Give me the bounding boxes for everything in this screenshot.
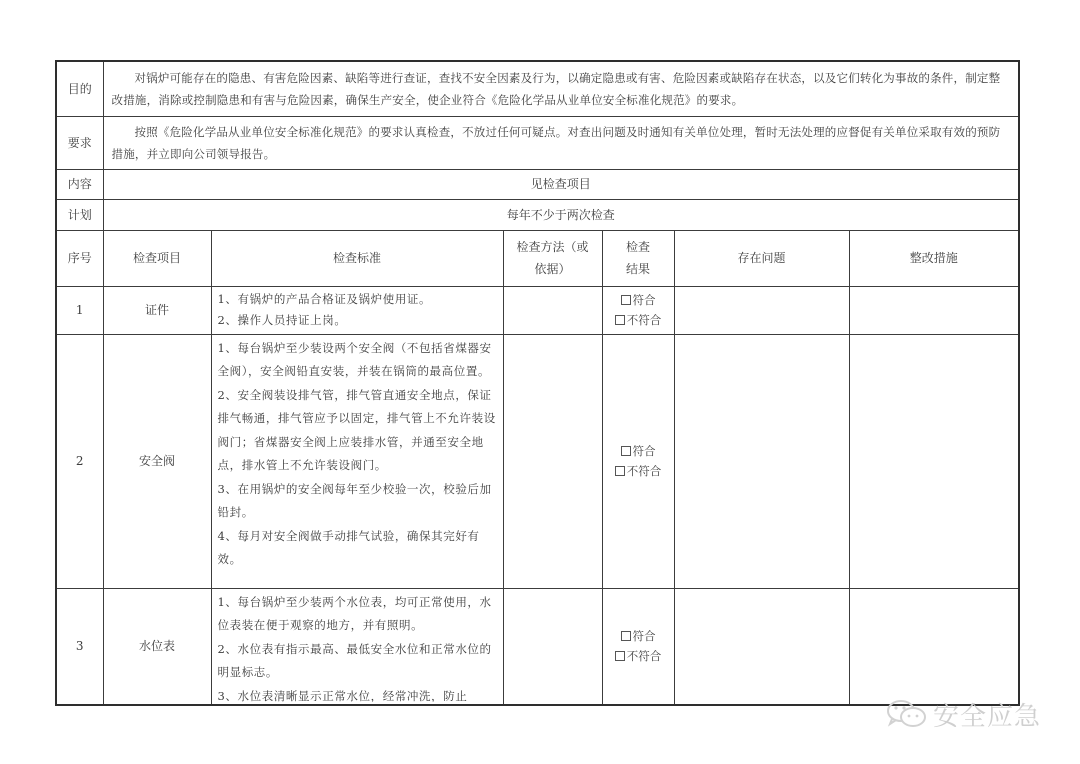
purpose-label: 目的 [56,61,103,116]
column-header-result-line1: 检查 [603,236,674,258]
column-header-result-line2: 结果 [603,258,674,280]
result-option-pass[interactable]: 符合 [603,626,674,646]
row-measures[interactable] [849,334,1019,588]
requirement-text-cell: 按照《危险化学品从业单位安全标准化规范》的要求认真检查，不放过任何可疑点。对查出… [103,116,1019,169]
row-standards: 1、每台锅炉至少装设两个安全阀（不包括省煤器安全阀），安全阀铅直安装，并装在锅筒… [211,334,503,588]
row-standards: 1、有锅炉的产品合格证及锅炉使用证。 2、操作人员持证上岗。 [211,286,503,334]
row-result: 符合 不符合 [602,334,674,588]
inspection-checklist: 目的 对锅炉可能存在的隐患、有害危险因素、缺陷等进行查证，查找不安全因素及行为，… [55,60,1018,706]
standard-line: 4、每月对安全阀做手动排气试验，确保其完好有效。 [218,525,497,572]
purpose-text: 对锅炉可能存在的隐患、有害危险因素、缺陷等进行查证，查找不安全因素及行为，以确定… [112,67,1011,111]
row-method[interactable] [503,588,602,705]
watermark-text: 安全应急 [933,696,1041,733]
row-item: 证件 [103,286,211,334]
watermark: 安全应急 [885,698,1041,730]
table-row: 3 水位表 1、每台锅炉至少装两个水位表，均可正常使用，水位表装在便于观察的地方… [56,588,1019,705]
row-method[interactable] [503,334,602,588]
standard-line: 1、有锅炉的产品合格证及锅炉使用证。 [218,289,497,310]
checkbox-icon[interactable] [621,446,631,456]
plan-text: 每年不少于两次检查 [103,199,1019,230]
requirement-label: 要求 [56,116,103,169]
header-row: 序号 检查项目 检查标准 检查方法（或 依据） 检查 结果 存在问题 整改措施 [56,230,1019,286]
standard-line: 2、水位表有指示最高、最低安全水位和正常水位的明显标志。 [218,638,497,685]
row-problems[interactable] [674,334,849,588]
row-method[interactable] [503,286,602,334]
content-row: 内容 见检查项目 [56,169,1019,199]
row-item: 安全阀 [103,334,211,588]
checklist-table: 目的 对锅炉可能存在的隐患、有害危险因素、缺陷等进行查证，查找不安全因素及行为，… [55,60,1020,706]
column-header-result: 检查 结果 [602,230,674,286]
standard-line: 3、在用锅炉的安全阀每年至少校验一次，校验后加铅封。 [218,478,497,525]
row-no: 1 [56,286,103,334]
column-header-item: 检查项目 [103,230,211,286]
row-problems[interactable] [674,588,849,705]
row-result: 符合 不符合 [602,286,674,334]
column-header-standard: 检查标准 [211,230,503,286]
row-measures[interactable] [849,588,1019,705]
row-measures[interactable] [849,286,1019,334]
content-label: 内容 [56,169,103,199]
column-header-method-line2: 依据） [504,258,602,280]
standard-line: 2、操作人员持证上岗。 [218,310,497,331]
requirement-text: 按照《危险化学品从业单位安全标准化规范》的要求认真检查，不放过任何可疑点。对查出… [112,121,1011,165]
column-header-method: 检查方法（或 依据） [503,230,602,286]
checkbox-icon[interactable] [615,315,625,325]
result-option-fail[interactable]: 不符合 [603,461,674,481]
content-text: 见检查项目 [103,169,1019,199]
column-header-measures: 整改措施 [849,230,1019,286]
standard-line: 3、水位表清晰显示正常水位，经常冲洗，防止 [218,685,497,702]
checkbox-icon[interactable] [621,295,631,305]
requirement-row: 要求 按照《危险化学品从业单位安全标准化规范》的要求认真检查，不放过任何可疑点。… [56,116,1019,169]
row-problems[interactable] [674,286,849,334]
purpose-row: 目的 对锅炉可能存在的隐患、有害危险因素、缺陷等进行查证，查找不安全因素及行为，… [56,61,1019,116]
table-row: 2 安全阀 1、每台锅炉至少装设两个安全阀（不包括省煤器安全阀），安全阀铅直安装… [56,334,1019,588]
wechat-icon [885,699,929,729]
row-no: 3 [56,588,103,705]
result-option-fail[interactable]: 不符合 [603,310,674,330]
table-row: 1 证件 1、有锅炉的产品合格证及锅炉使用证。 2、操作人员持证上岗。 符合 不… [56,286,1019,334]
checkbox-icon[interactable] [621,631,631,641]
plan-label: 计划 [56,199,103,230]
row-item: 水位表 [103,588,211,705]
result-option-pass[interactable]: 符合 [603,290,674,310]
result-option-pass[interactable]: 符合 [603,441,674,461]
standard-line: 2、安全阀装设排气管，排气管直通安全地点，保证排气畅通，排气管应予以固定，排气管… [218,384,497,478]
checkbox-icon[interactable] [615,466,625,476]
standard-line: 1、每台锅炉至少装设两个安全阀（不包括省煤器安全阀），安全阀铅直安装，并装在锅筒… [218,337,497,384]
row-no: 2 [56,334,103,588]
plan-row: 计划 每年不少于两次检查 [56,199,1019,230]
column-header-problems: 存在问题 [674,230,849,286]
row-standards: 1、每台锅炉至少装两个水位表，均可正常使用，水位表装在便于观察的地方，并有照明。… [211,588,503,705]
purpose-text-cell: 对锅炉可能存在的隐患、有害危险因素、缺陷等进行查证，查找不安全因素及行为，以确定… [103,61,1019,116]
checkbox-icon[interactable] [615,651,625,661]
column-header-method-line1: 检查方法（或 [504,236,602,258]
result-option-fail[interactable]: 不符合 [603,646,674,666]
column-header-no: 序号 [56,230,103,286]
row-result: 符合 不符合 [602,588,674,705]
standard-line: 1、每台锅炉至少装两个水位表，均可正常使用，水位表装在便于观察的地方，并有照明。 [218,591,497,638]
